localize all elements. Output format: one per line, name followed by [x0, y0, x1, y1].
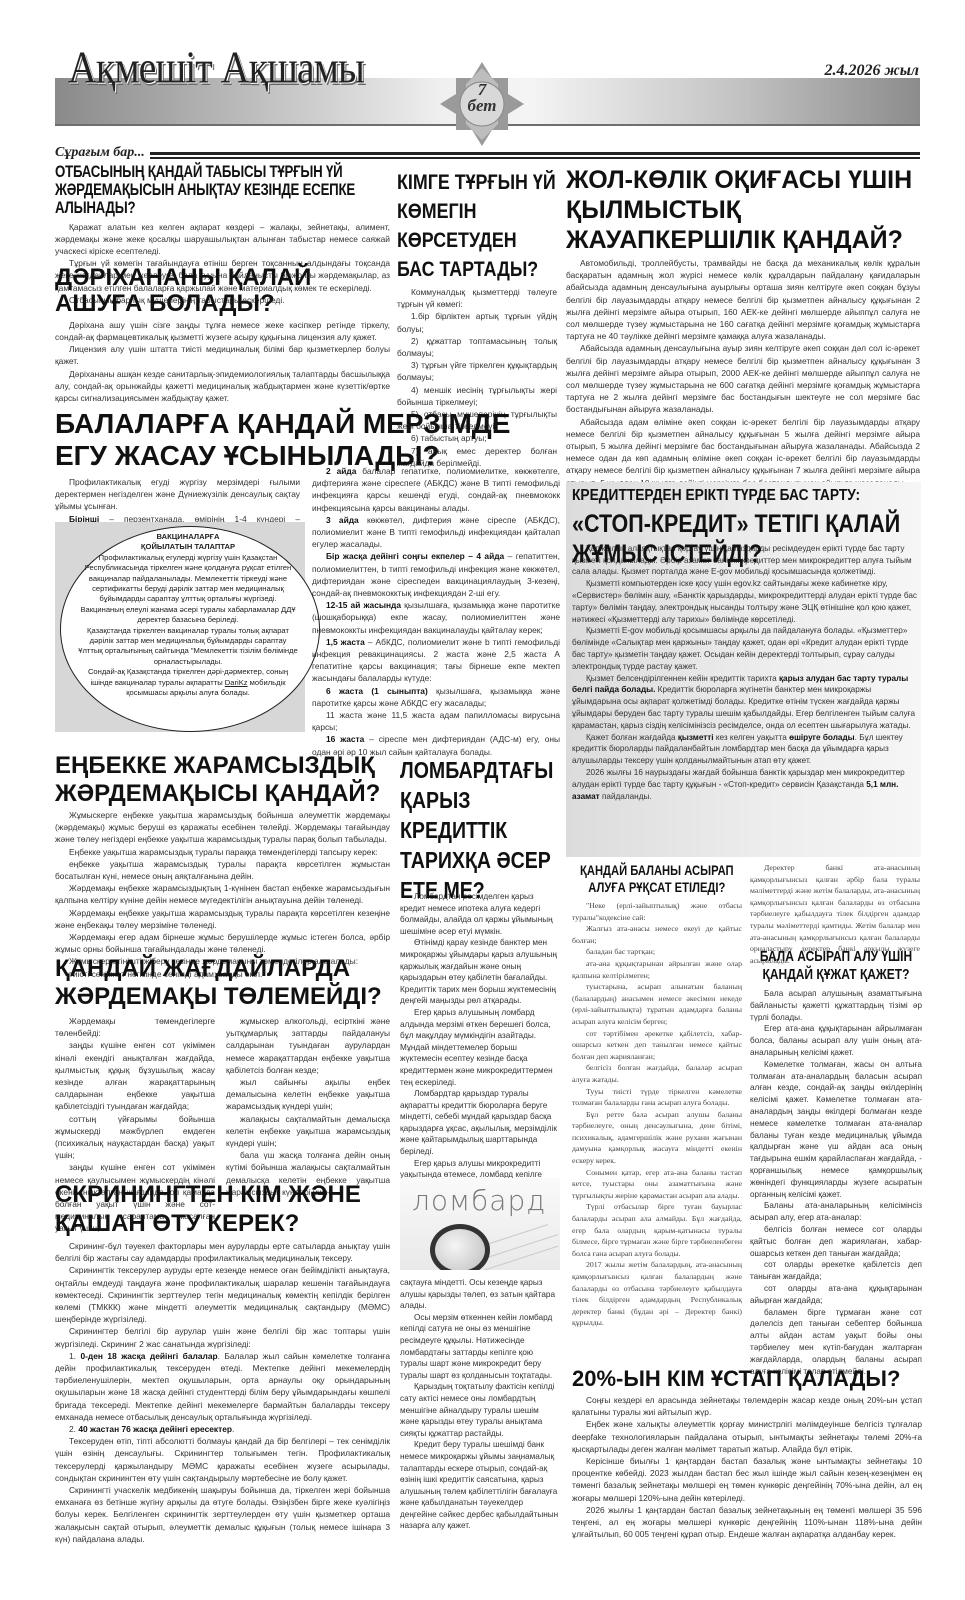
article-kicker: КРЕДИТТЕРДЕН ЕРІКТІ ТҮРДЕ БАС ТАРТУ: [572, 488, 916, 505]
darikz-app-link[interactable]: DariKz [225, 678, 248, 687]
article-title: ЖОЛ-КӨЛІК ОҚИҒАСЫ ҮШІН ҚЫЛМЫСТЫҚ ЖАУАПКЕ… [566, 165, 920, 255]
article-title: ДӘРІХАНАНЫ ҚАЛАЙ АШУҒА БОЛАДЫ? [55, 265, 390, 317]
schedule-item: 11 жаста және 11,5 жаста адам папилломас… [312, 709, 560, 733]
pawnshop-photo: ломбард [400, 1178, 560, 1270]
vaccination-schedule: 2 айда балалар гепатитке, полиомиелитке,… [312, 465, 560, 758]
article-stop-credit: КРЕДИТТЕРДЕН ЕРІКТІ ТҮРДЕ БАС ТАРТУ: «СТ… [572, 488, 917, 802]
article-traffic: ЖОЛ-КӨЛІК ОҚИҒАСЫ ҮШІН ҚЫЛМЫСТЫҚ ЖАУАПКЕ… [566, 165, 920, 489]
schedule-item: 1,5 жаста – АбКДС, полиомиелит және b ти… [312, 636, 560, 685]
article-no-payment: ҚАНДАЙ ЖАҒДАЙЛАРДА ЖӘРДЕМАҚЫ ТӨЛЕМЕЙДІ? [55, 955, 390, 1011]
article-body: Бала асырап алушының азаматтығына байлан… [750, 988, 922, 1377]
article-pharmacy: ДӘРІХАНАНЫ ҚАЛАЙ АШУҒА БОЛАДЫ? Дәріхана … [55, 265, 390, 404]
schedule-item: 6 жаста (1 сыныпта) қызылшаға, қызамыққа… [312, 685, 560, 709]
article-title: СКРИНИНГТЕН КІМ ЖӘНЕ ҚАШАН ӨТУ КЕРЕК? [55, 1180, 390, 1238]
schedule-item: 2 айда балалар гепатитке, полиомиелитке,… [312, 465, 560, 514]
article-title: ЕҢБЕККЕ ЖАРАМСЫЗДЫҚ ЖӘРДЕМАҚЫСЫ ҚАНДАЙ? [55, 752, 390, 808]
article-screening: СКРИНИНГТЕН КІМ ЖӘНЕ ҚАШАН ӨТУ КЕРЕК? Ск… [55, 1180, 390, 1545]
article-body: Ломбардтан ресімделген қарыз кредит неме… [400, 891, 560, 1192]
schedule-item: 12-15 ай жасында қызылшаға, қызамыққа жә… [312, 599, 560, 636]
article-adoption-allowed: ҚАНДАЙ БАЛАНЫ АСЫРАП АЛУҒА РҰҚСАТ ЕТІЛЕД… [572, 862, 742, 1329]
rubric-label: Сұрағым бар... [55, 145, 145, 161]
article-body: Қаржылық алаяқтықтан қорғау үшін қарызда… [572, 543, 917, 803]
article-title: ЛОМБАРДТАҒЫ ҚАРЫЗ КРЕДИТТІК ТАРИХҚА ӘСЕР… [400, 755, 560, 905]
article-sick-leave: ЕҢБЕККЕ ЖАРАМСЫЗДЫҚ ЖӘРДЕМАҚЫСЫ ҚАНДАЙ? … [55, 752, 390, 980]
no-payment-col2: жұмыскер алкогольді, есірткіні және уытқ… [226, 1015, 390, 1198]
article-title: БАЛА АСЫРАП АЛУ ҮШІН ҚАНДАЙ ҚҰЖАТ ҚАЖЕТ? [750, 948, 922, 984]
photo-caption-word: ломбард [412, 1184, 546, 1217]
article-title: БАЛАЛАРҒА ҚАНДАЙ МЕРЗІМДЕ ЕГУ ЖАСАУ ҰСЫН… [55, 408, 560, 472]
article-title: ҚАНДАЙ БАЛАНЫ АСЫРАП АЛУҒА РҰҚСАТ ЕТІЛЕД… [572, 862, 742, 896]
article-title: КІМГЕ ТҰРҒЫН ҮЙ КӨМЕГІН КӨРСЕТУДЕН БАС Т… [397, 168, 557, 284]
article-adoption-docs: БАЛА АСЫРАП АЛУ ҮШІН ҚАНДАЙ ҚҰЖАТ ҚАЖЕТ?… [750, 948, 922, 1377]
article-title: ОТБАСЫНЫҢ ҚАНДАЙ ТАБЫСЫ ТҰРҒЫН ҮЙ ЖӘРДЕМ… [55, 163, 390, 217]
ring-icon [430, 1224, 490, 1270]
rubric-rule [150, 152, 920, 159]
article-body: Скрининг-бұл тәуекел факторлары мен ауру… [55, 1240, 390, 1545]
article-title: 20%-ЫН КІМ ҰСТАП ҚАЛАДЫ? [572, 1366, 922, 1392]
schedule-item: Бір жасқа дейінгі соңғы екпелер – 4 айда… [312, 550, 560, 599]
newspaper-title: Ақмешіт Ақшамы [68, 40, 364, 94]
vaccine-requirements-text: ВАКЦИНАЛАРҒА ҚОЙЫЛАТЫН ТАЛАПТАР Профилак… [78, 532, 298, 699]
article-title: «СТОП-КРЕДИТ» ТЕТІГІ ҚАЛАЙ ЖҰМЫС ІСТЕЙДІ… [572, 509, 916, 569]
page-number: 7 бет [440, 82, 524, 114]
article-vaccination: БАЛАЛАРҒА ҚАНДАЙ МЕРЗІМДЕ ЕГУ ЖАСАУ ҰСЫН… [55, 408, 560, 472]
article-body: Дәріхана ашу үшін сізге заңды тұлға неме… [55, 319, 390, 404]
page-number-badge: 7 бет [440, 62, 524, 146]
article-body: Автомобильді, троллейбусты, трамвайды не… [566, 257, 920, 489]
article-body: "Неке (ерлі-зайыптылық) және отбасы тура… [572, 900, 742, 1329]
issue-date: 2.4.2026 жыл [824, 62, 919, 80]
article-pawnshop: ЛОМБАРДТАҒЫ ҚАРЫЗ КРЕДИТТІК ТАРИХҚА ӘСЕР… [400, 755, 560, 1192]
pawnshop-body-continued: сақтауға міндетті. Осы кезеңде қарыз алу… [400, 1277, 560, 1532]
article-body: Соңғы кездері ел арасында зейнетақы төле… [572, 1394, 922, 1540]
article-pension: 20%-ЫН КІМ ҰСТАП ҚАЛАДЫ? Соңғы кездері е… [572, 1366, 922, 1540]
schedule-item: 3 айда көкжөтел, дифтерия және сіреспе (… [312, 514, 560, 551]
article-title: ҚАНДАЙ ЖАҒДАЙЛАРДА ЖӘРДЕМАҚЫ ТӨЛЕМЕЙДІ? [55, 955, 390, 1011]
